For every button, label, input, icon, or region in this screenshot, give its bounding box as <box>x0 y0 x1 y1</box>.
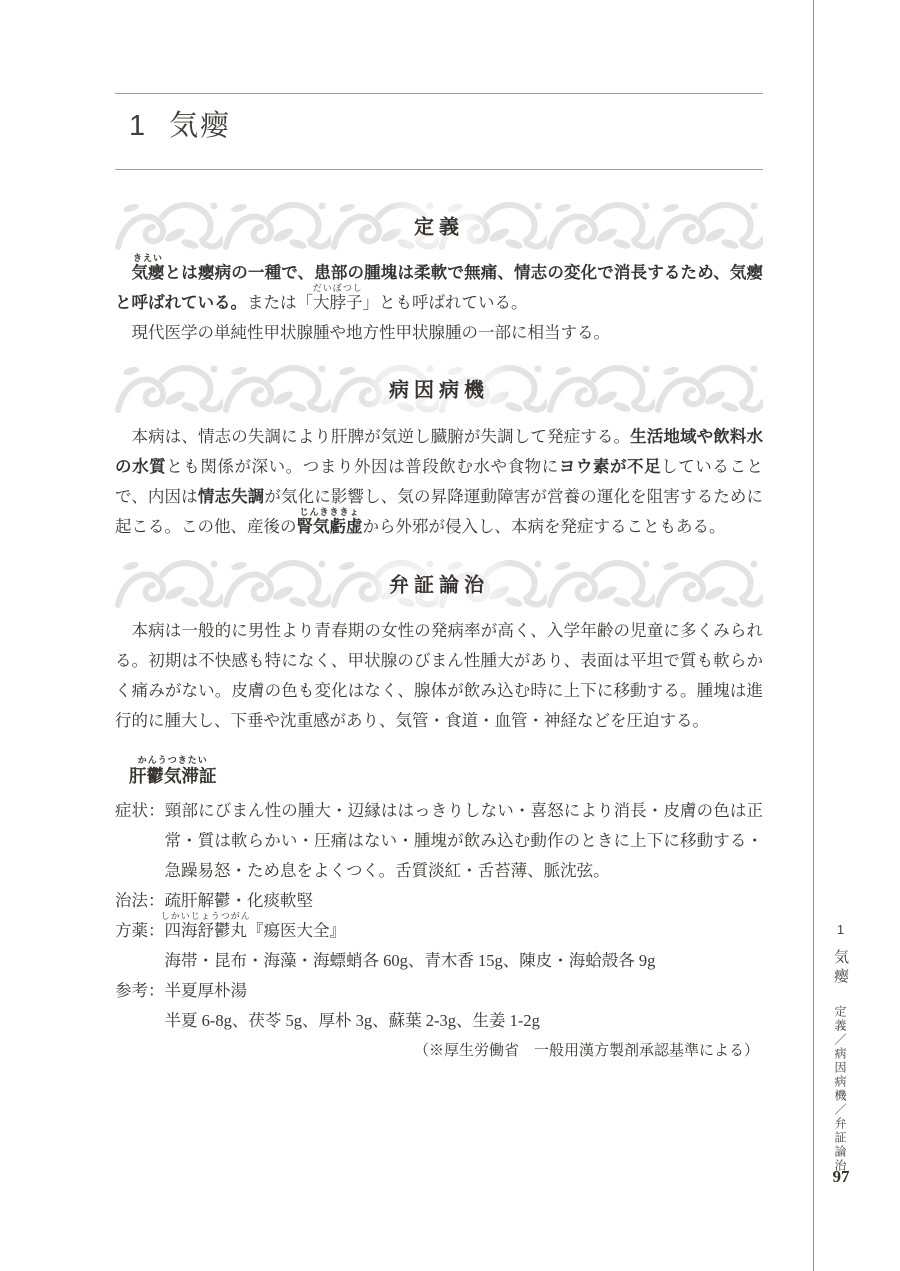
ruby-base: 大脖子 <box>313 293 363 312</box>
book-page: 1気瘿 <box>0 0 900 1271</box>
ruby-base: 気瘿 <box>132 264 165 282</box>
emphasis-term: ヨウ素が不足 <box>559 458 661 476</box>
reference-ingredients: 半夏 6-8g、茯苓 5g、厚朴 3g、蘇葉 2-3g、生姜 1-2g <box>115 1006 763 1036</box>
treatment-label: 治法： <box>115 891 165 910</box>
reference-label: 参考： <box>115 981 165 1000</box>
running-head: 1気瘿定義／病因病機／弁証論治 <box>827 922 853 1173</box>
ruby-furigana: かんうつきたい <box>138 756 208 765</box>
body-text: とも関係が深い。つまり外因は普段飲む水や食物に <box>166 457 559 476</box>
ruby-word: 四海舒鬱丸しかいじょうつがん <box>165 916 248 946</box>
chapter-number: 1 <box>129 110 147 142</box>
ruby-furigana: だいぼつし <box>313 284 363 293</box>
ruby-furigana: しかいじょうつがん <box>161 912 251 921</box>
ruby-word: 肝鬱気滞証かんうつきたい <box>129 765 217 787</box>
chapter-heading: 1気瘿 <box>129 110 231 142</box>
chapter-title: 気瘿 <box>169 110 231 142</box>
section-heading-teigi: 定義 <box>410 210 468 239</box>
formula-label: 方薬： <box>115 921 165 940</box>
body-text: 本病は、情志の失調により肝脾が気逆し臓腑が失調して発症する。 <box>132 427 631 446</box>
reference-row: 参考：半夏厚朴湯 <box>115 976 763 1006</box>
formula-source: 『瘍医大全』 <box>247 921 346 940</box>
body-text: 」とも呼ばれている。 <box>363 293 528 312</box>
ruby-furigana: じんきききょ <box>299 508 359 517</box>
running-head-chapter-number: 1 <box>833 922 848 937</box>
emphasis-term: 情志失調 <box>198 488 265 506</box>
section-banner-teigi: 定義 <box>115 197 763 252</box>
symptoms-text: 頸部にびまん性の腫大・辺縁ははっきりしない・喜怒により消長・皮膚の色は正常・質は… <box>165 801 764 880</box>
paragraph: 本病は、情志の失調により肝脾が気逆し臓腑が失調して発症する。生活地域や飲料水の水… <box>115 422 763 542</box>
ruby-word: 大脖子だいぼつし <box>313 288 363 318</box>
paragraph: 気瘿きえいとは瘿病の一種で、患部の腫塊は柔軟で無痛、情志の変化で消長するため、気… <box>115 258 763 318</box>
source-note: （※厚生労働省 一般用漢方製剤承認基準による） <box>115 1036 763 1066</box>
page-margin-sidebar: 1気瘿定義／病因病機／弁証論治 97 <box>813 0 900 1271</box>
formula-ingredients: 海帯・昆布・海藻・海螵蛸各 60g、青木香 15g、陳皮・海蛤殻各 9g <box>115 946 763 976</box>
emphasis-term: 腎気虧虚じんきききょ <box>297 518 363 536</box>
benshoronchi-text: 本病は一般的に男性より青春期の女性の発病率が高く、入学年齢の児童に多くみられる。… <box>115 616 763 736</box>
body-text: から外邪が侵入し、本病を発症することもある。 <box>363 517 726 536</box>
ruby-base: 四海舒鬱丸 <box>165 921 248 940</box>
ruby-word: 気瘿きえい <box>132 258 165 288</box>
horizontal-rule-top <box>115 93 763 94</box>
paragraph: 本病は一般的に男性より青春期の女性の発病率が高く、入学年齢の児童に多くみられる。… <box>115 616 763 736</box>
syndrome-pattern-heading: 肝鬱気滞証かんうつきたい <box>129 765 217 787</box>
reference-text: 半夏厚朴湯 <box>165 981 248 1000</box>
paragraph: 現代医学の単純性甲状腺腫や地方性甲状腺腫の一部に相当する。 <box>115 318 763 348</box>
syndrome-pattern-details: 症状：頸部にびまん性の腫大・辺縁ははっきりしない・喜怒により消長・皮膚の色は正常… <box>115 796 763 1066</box>
body-text: または「 <box>247 293 313 312</box>
treatment-text: 疏肝解鬱・化痰軟堅 <box>165 891 314 910</box>
section-heading-byoinbyoki: 病因病機 <box>385 373 493 402</box>
ruby-base: 腎気虧虚 <box>297 518 363 536</box>
ruby-base: 肝鬱気滞証 <box>129 766 217 786</box>
main-content: 1気瘿 <box>115 0 763 1271</box>
running-head-chapter-title: 気瘿 <box>832 949 849 987</box>
byoinbyoki-text: 本病は、情志の失調により肝脾が気逆し臓腑が失調して発症する。生活地域や飲料水の水… <box>115 422 763 542</box>
page-number: 97 <box>822 1167 860 1187</box>
running-head-sections: 定義／病因病機／弁証論治 <box>833 1005 847 1173</box>
section-banner-byoinbyoki: 病因病機 <box>115 360 763 415</box>
ruby-furigana: きえい <box>133 254 163 263</box>
symptoms-label: 症状： <box>115 801 165 820</box>
ruby-word: 腎気虧虚じんきききょ <box>297 512 363 542</box>
section-heading-benshoronchi: 弁証論治 <box>385 568 493 597</box>
formula-row: 方薬：四海舒鬱丸しかいじょうつがん『瘍医大全』 <box>115 916 763 946</box>
symptoms-row: 症状：頸部にびまん性の腫大・辺縁ははっきりしない・喜怒により消長・皮膚の色は正常… <box>115 796 763 886</box>
section-banner-benshoronchi: 弁証論治 <box>115 555 763 610</box>
horizontal-rule-under-chapter <box>115 169 763 170</box>
teigi-text: 気瘿きえいとは瘿病の一種で、患部の腫塊は柔軟で無痛、情志の変化で消長するため、気… <box>115 258 763 348</box>
